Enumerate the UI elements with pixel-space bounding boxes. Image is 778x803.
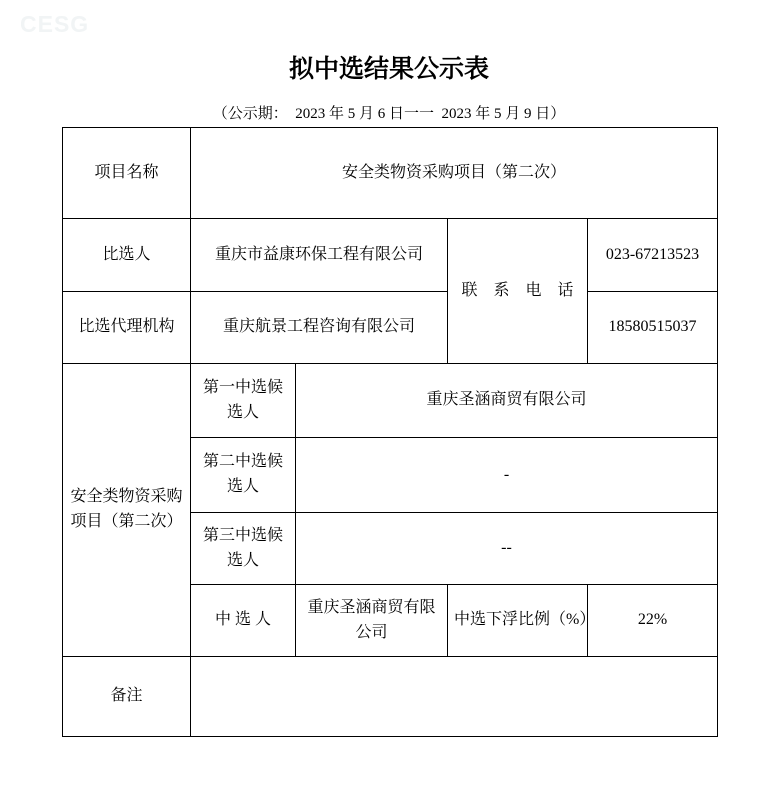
candidate1-label-cell: 第一中选候选人 bbox=[191, 364, 296, 438]
project-name-value-cell: 安全类物资采购项目（第二次） bbox=[191, 128, 718, 219]
bidder-value-cell: 重庆市益康环保工程有限公司 bbox=[191, 219, 448, 292]
candidate3-value-cell: -- bbox=[296, 513, 718, 585]
agency-phone-cell: 18580515037 bbox=[588, 292, 718, 364]
agency-label-cell: 比选代理机构 bbox=[63, 292, 191, 364]
bidder-phone-cell: 023-67213523 bbox=[588, 219, 718, 292]
agency-value-cell: 重庆航景工程咨询有限公司 bbox=[191, 292, 448, 364]
candidate2-label-cell: 第二中选候选人 bbox=[191, 438, 296, 513]
bidder-label-cell: 比选人 bbox=[63, 219, 191, 292]
watermark-cesg: CESG bbox=[20, 11, 89, 38]
publicity-period: （公示期： 2023 年 5 月 6 日一一 2023 年 5 月 9 日） bbox=[0, 102, 778, 123]
row-remark: 备注 bbox=[63, 657, 718, 737]
announcement-table: 项目名称 安全类物资采购项目（第二次） 比选人 重庆市益康环保工程有限公司 联 … bbox=[62, 127, 718, 737]
page-title: 拟中选结果公示表 bbox=[0, 49, 778, 85]
candidate2-value-cell: - bbox=[296, 438, 718, 513]
row-candidate-1: 安全类物资采购项目（第二次） 第一中选候选人 重庆圣涵商贸有限公司 bbox=[63, 364, 718, 438]
winner-value-cell: 重庆圣涵商贸有限公司 bbox=[296, 585, 448, 657]
remark-value-cell bbox=[191, 657, 718, 737]
contact-phone-label-cell: 联 系 电 话 bbox=[448, 219, 588, 364]
row-project-name: 项目名称 安全类物资采购项目（第二次） bbox=[63, 128, 718, 219]
winner-label-cell: 中 选 人 bbox=[191, 585, 296, 657]
row-agency: 比选代理机构 重庆航景工程咨询有限公司 18580515037 bbox=[63, 292, 718, 364]
candidate3-label-cell: 第三中选候选人 bbox=[191, 513, 296, 585]
section-label-cell: 安全类物资采购项目（第二次） bbox=[63, 364, 191, 657]
row-bidder: 比选人 重庆市益康环保工程有限公司 联 系 电 话 023-67213523 bbox=[63, 219, 718, 292]
discount-ratio-label-cell: 中选下浮比例（%） bbox=[448, 585, 588, 657]
project-name-label-cell: 项目名称 bbox=[63, 128, 191, 219]
remark-label-cell: 备注 bbox=[63, 657, 191, 737]
page: CESG 拟中选结果公示表 （公示期： 2023 年 5 月 6 日一一 202… bbox=[0, 0, 778, 803]
discount-ratio-value-cell: 22% bbox=[588, 585, 718, 657]
candidate1-value-cell: 重庆圣涵商贸有限公司 bbox=[296, 364, 718, 438]
